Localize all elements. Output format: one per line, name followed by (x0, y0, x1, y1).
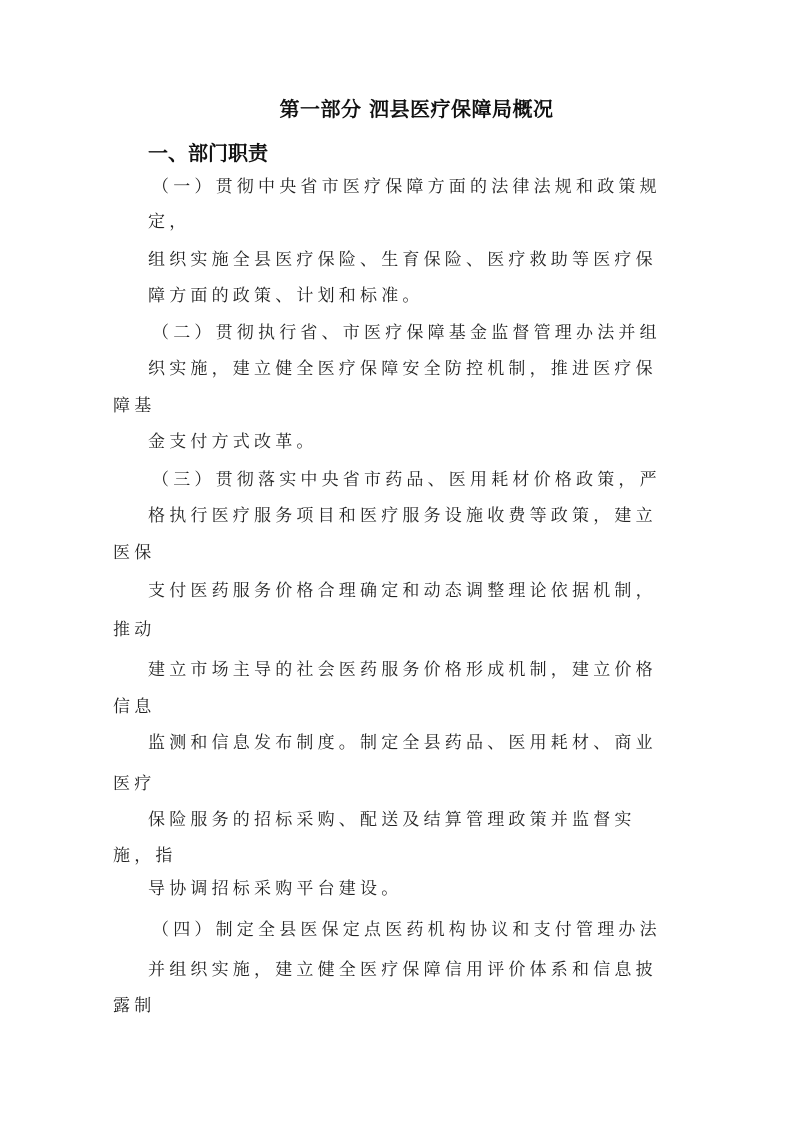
text-line: 织实施，建立健全医疗保障安全防控机制，推进医疗保 (148, 358, 657, 380)
text-line: 定， (148, 211, 190, 233)
text-line: （三）贯彻落实中央省市药品、医用耗材价格政策，严 (152, 469, 661, 491)
text-line: 医保 (113, 542, 155, 564)
section-heading: 一、部门职责 (148, 137, 268, 166)
text-line: 信息 (113, 696, 155, 718)
text-line: 支付医药服务价格合理确定和动态调整理论依据机制， (148, 580, 657, 602)
text-line: 导协调招标采购平台建设。 (148, 878, 402, 900)
text-line: 监测和信息发布制度。制定全县药品、医用耗材、商业 (148, 732, 657, 754)
document-page: 第一部分 泗县医疗保障局概况 一、部门职责 （一）贯彻中央省市医疗保障方面的法律… (0, 0, 793, 1122)
text-line: 建立市场主导的社会医药服务价格形成机制，建立价格 (148, 659, 657, 681)
text-line: （四）制定全县医保定点医药机构协议和支付管理办法 (152, 919, 661, 941)
text-line: 格执行医疗服务项目和医疗服务设施收费等政策，建立 (148, 505, 657, 527)
text-line: 保险服务的招标采购、配送及结算管理政策并监督实 (148, 809, 636, 831)
text-line: 障方面的政策、计划和标准。 (148, 285, 424, 307)
text-line: 露制 (113, 995, 155, 1017)
page-title: 第一部分 泗县医疗保障局概况 (0, 93, 793, 122)
text-line: 推动 (113, 619, 155, 641)
text-line: 并组织实施，建立健全医疗保障信用评价体系和信息披 (148, 959, 657, 981)
text-line: 障基 (113, 395, 155, 417)
text-line: 医疗 (113, 773, 155, 795)
text-line: （二）贯彻执行省、市医疗保障基金监督管理办法并组 (152, 322, 661, 344)
text-line: 组织实施全县医疗保险、生育保险、医疗救助等医疗保 (148, 249, 657, 271)
text-line: 施，指 (113, 845, 177, 867)
text-line: 金支付方式改革。 (148, 431, 318, 453)
text-line: （一）贯彻中央省市医疗保障方面的法律法规和政策规 (152, 176, 661, 198)
